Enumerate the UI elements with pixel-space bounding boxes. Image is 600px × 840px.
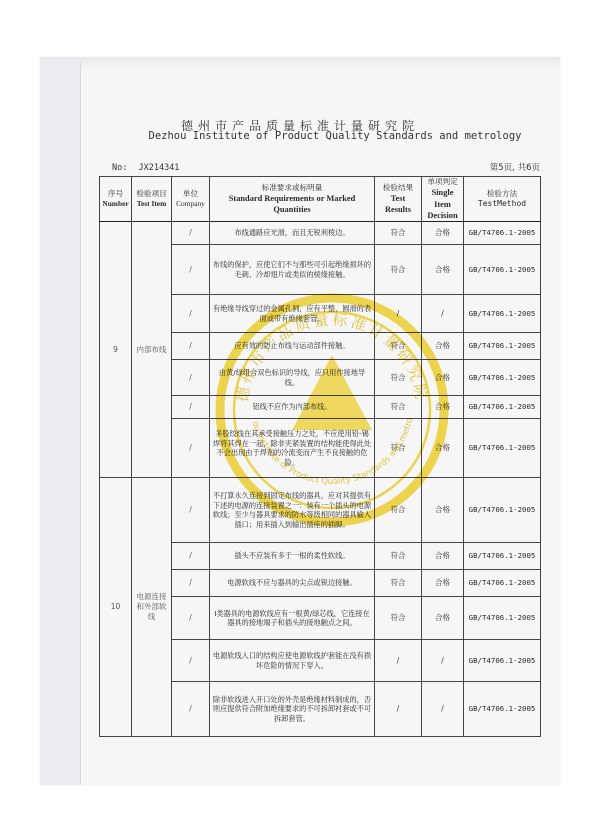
- cell-test-method: GB/T4706.1-2005: [464, 222, 541, 245]
- cell-decision: 合格: [422, 396, 464, 419]
- cell-decision: /: [422, 640, 464, 682]
- cell-requirement: 有绝缘导线穿过的金属孔洞，应有平整、圆滑的表面或带有绝缘套管。: [210, 295, 375, 333]
- cell-requirement: 布线通路应光滑，而且无锐利棱边。: [210, 222, 375, 245]
- cell-test-result: 符合: [375, 543, 422, 570]
- cell-unit: /: [172, 360, 210, 396]
- cell-requirement: 由黄/绿组合双色标识的导线，应只用作接地导线。: [210, 360, 375, 396]
- header-test-method: 检验方法 TestMethod: [464, 177, 541, 222]
- cell-test-method: GB/T4706.1-2005: [464, 295, 541, 333]
- cell-unit: /: [172, 597, 210, 640]
- cell-test-result: 符合: [375, 597, 422, 640]
- cell-requirement: 电源软线入口的结构应使电源软线护套能在没有损坏危险的情况下穿入。: [210, 640, 375, 682]
- cell-requirement: 布线的保护，应使它们不与那些可引起绝缘损坏的毛刺、冷却翅片或类似的棱缘接触。: [210, 245, 375, 295]
- table-row: 9内部布线/布线通路应光滑，而且无锐利棱边。符合合格GB/T4706.1-200…: [100, 222, 541, 245]
- cell-decision: /: [422, 682, 464, 737]
- cell-test-result: 符合: [375, 396, 422, 419]
- cell-number: 9: [100, 222, 132, 478]
- cell-test-method: GB/T4706.1-2005: [464, 597, 541, 640]
- cell-unit: /: [172, 245, 210, 295]
- cell-test-method: GB/T4706.1-2005: [464, 640, 541, 682]
- cell-decision: 合格: [422, 360, 464, 396]
- cell-unit: /: [172, 478, 210, 543]
- cell-test-method: GB/T4706.1-2005: [464, 396, 541, 419]
- cell-decision: 合格: [422, 597, 464, 640]
- cell-requirement: 应有效的防止布线与运动部件接触。: [210, 333, 375, 360]
- cell-test-item: 电源连接和外部软线: [132, 478, 172, 737]
- cell-requirement: 除非软线进入开口处的外壳是绝缘材料制成的，否则应提供符合附加绝缘要求的不可拆卸衬…: [210, 682, 375, 737]
- cell-requirement: 多股绞线在其承受接触压力之处，不应使用铅-锡焊将其焊在一起，除非夹紧装置的结构能…: [210, 419, 375, 478]
- cell-decision: 合格: [422, 478, 464, 543]
- cell-unit: /: [172, 543, 210, 570]
- header-test-results: 检验结果 Test Results: [375, 177, 422, 222]
- cell-test-item: 内部布线: [132, 222, 172, 478]
- cell-decision: /: [422, 295, 464, 333]
- cell-test-method: GB/T4706.1-2005: [464, 478, 541, 543]
- cell-decision: 合格: [422, 333, 464, 360]
- cell-requirement: Ⅰ类器具的电源软线应有一根黄/绿芯线，它连接在器具的接地端子和插头的接地触点之间…: [210, 597, 375, 640]
- cell-test-method: GB/T4706.1-2005: [464, 419, 541, 478]
- cell-test-result: 符合: [375, 245, 422, 295]
- header-requirements: 标准要求或标明量 Standard Requirements or Marked…: [210, 177, 375, 222]
- cell-test-result: 符合: [375, 419, 422, 478]
- cell-test-method: GB/T4706.1-2005: [464, 360, 541, 396]
- header-unit: 单位 Company: [172, 177, 210, 222]
- cell-unit: /: [172, 682, 210, 737]
- cell-test-result: 符合: [375, 478, 422, 543]
- cell-unit: /: [172, 333, 210, 360]
- cell-test-method: GB/T4706.1-2005: [464, 682, 541, 737]
- cell-requirement: 不打算永久连接到固定布线的器具，应对其提供有下述的电源的连接装置之一：装有一个插…: [210, 478, 375, 543]
- report-number: No: JX214341: [112, 163, 179, 173]
- cell-decision: 合格: [422, 419, 464, 478]
- table-header-row: 序号 Number 检验项目 Test Item 单位 Company 标准要求…: [100, 177, 541, 222]
- table-row: 10电源连接和外部软线/不打算永久连接到固定布线的器具，应对其提供有下述的电源的…: [100, 478, 541, 543]
- test-report-table: 序号 Number 检验项目 Test Item 单位 Company 标准要求…: [99, 176, 541, 737]
- cell-test-result: /: [375, 682, 422, 737]
- header-test-item: 检验项目 Test Item: [132, 177, 172, 222]
- cell-decision: 合格: [422, 570, 464, 597]
- cell-requirement: 铝线不应作为内部布线。: [210, 396, 375, 419]
- cell-requirement: 电源软线不应与器具的尖点或锐边接触。: [210, 570, 375, 597]
- cell-test-method: GB/T4706.1-2005: [464, 245, 541, 295]
- cell-unit: /: [172, 222, 210, 245]
- cell-decision: 合格: [422, 245, 464, 295]
- cell-test-result: 符合: [375, 222, 422, 245]
- institute-name-en: Dezhou Institute of Product Quality Stan…: [0, 130, 600, 142]
- header-number: 序号 Number: [100, 177, 132, 222]
- cell-test-result: 符合: [375, 360, 422, 396]
- cell-test-result: /: [375, 295, 422, 333]
- report-number-label: No:: [112, 163, 127, 173]
- cell-decision: 合格: [422, 543, 464, 570]
- cell-unit: /: [172, 396, 210, 419]
- report-number-value: JX214341: [138, 163, 179, 173]
- cell-test-method: GB/T4706.1-2005: [464, 570, 541, 597]
- cell-decision: 合格: [422, 222, 464, 245]
- page-left-strip: [40, 62, 81, 785]
- cell-unit: /: [172, 419, 210, 478]
- cell-test-result: 符合: [375, 570, 422, 597]
- header-decision: 单项判定 Single Item Decision: [422, 177, 464, 222]
- cell-requirement: 插头不应装有多于一根的柔性软线。: [210, 543, 375, 570]
- cell-unit: /: [172, 640, 210, 682]
- cell-unit: /: [172, 295, 210, 333]
- page-top-edge: [40, 57, 560, 67]
- cell-unit: /: [172, 570, 210, 597]
- cell-test-method: GB/T4706.1-2005: [464, 333, 541, 360]
- cell-test-result: /: [375, 640, 422, 682]
- cell-test-method: GB/T4706.1-2005: [464, 543, 541, 570]
- cell-number: 10: [100, 478, 132, 737]
- cell-test-result: 符合: [375, 333, 422, 360]
- table-body: 9内部布线/布线通路应光滑，而且无锐利棱边。符合合格GB/T4706.1-200…: [100, 222, 541, 737]
- page-info: 第5页, 共6页: [490, 161, 540, 173]
